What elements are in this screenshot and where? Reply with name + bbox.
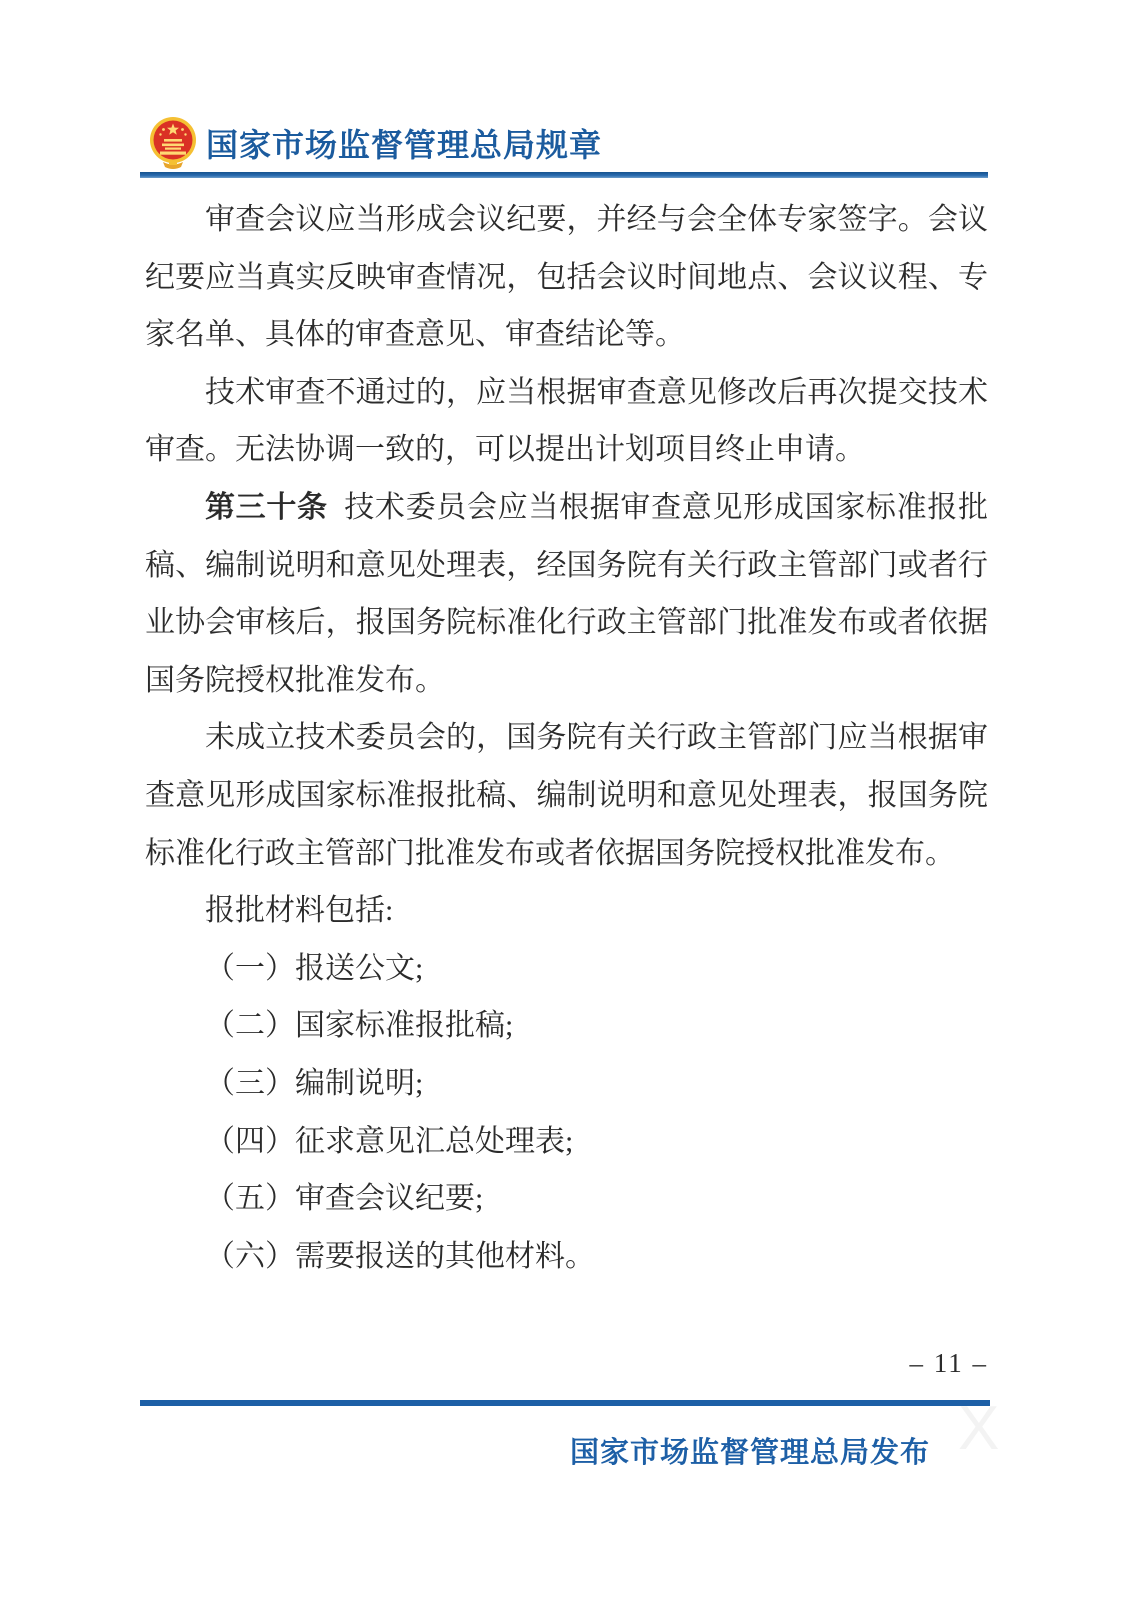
publisher-line: 国家市场监督管理总局发布 bbox=[570, 1430, 930, 1471]
list-item-3: （三）编制说明; bbox=[145, 1055, 988, 1113]
page-number: – 11 – bbox=[910, 1348, 989, 1379]
list-item-4: （四）征求意见汇总处理表; bbox=[145, 1113, 988, 1171]
document-page: 国家市场监督管理总局规章 审查会议应当形成会议纪要，并经与会全体专家签字。会议纪… bbox=[0, 0, 1131, 1600]
header-divider bbox=[140, 172, 988, 178]
list-item-5: （五）审查会议纪要; bbox=[145, 1170, 988, 1228]
header-title: 国家市场监督管理总局规章 bbox=[206, 120, 602, 166]
list-item-2: （二）国家标准报批稿; bbox=[145, 997, 988, 1055]
paragraph-materials-intro: 报批材料包括: bbox=[145, 882, 988, 940]
national-emblem-icon bbox=[148, 115, 198, 171]
paragraph-review-minutes: 审查会议应当形成会议纪要，并经与会全体专家签字。会议纪要应当真实反映审查情况，包… bbox=[145, 191, 988, 364]
paragraph-article-30: 第三十条技术委员会应当根据审查意见形成国家标准报批稿、编制说明和意见处理表，经国… bbox=[145, 479, 988, 709]
document-body: 审查会议应当形成会议纪要，并经与会全体专家签字。会议纪要应当真实反映审查情况，包… bbox=[145, 191, 988, 1285]
list-item-6: （六）需要报送的其他材料。 bbox=[145, 1228, 988, 1286]
paragraph-no-committee: 未成立技术委员会的，国务院有关行政主管部门应当根据审查意见形成国家标准报批稿、编… bbox=[145, 709, 988, 882]
list-item-1: （一）报送公文; bbox=[145, 940, 988, 998]
paragraph-review-failure: 技术审查不通过的，应当根据审查意见修改后再次提交技术审查。无法协调一致的，可以提… bbox=[145, 364, 988, 479]
watermark-artifact: X bbox=[958, 1398, 999, 1460]
article-number-label: 第三十条 bbox=[205, 491, 328, 524]
page-header: 国家市场监督管理总局规章 bbox=[148, 115, 602, 171]
footer-divider bbox=[140, 1400, 990, 1406]
